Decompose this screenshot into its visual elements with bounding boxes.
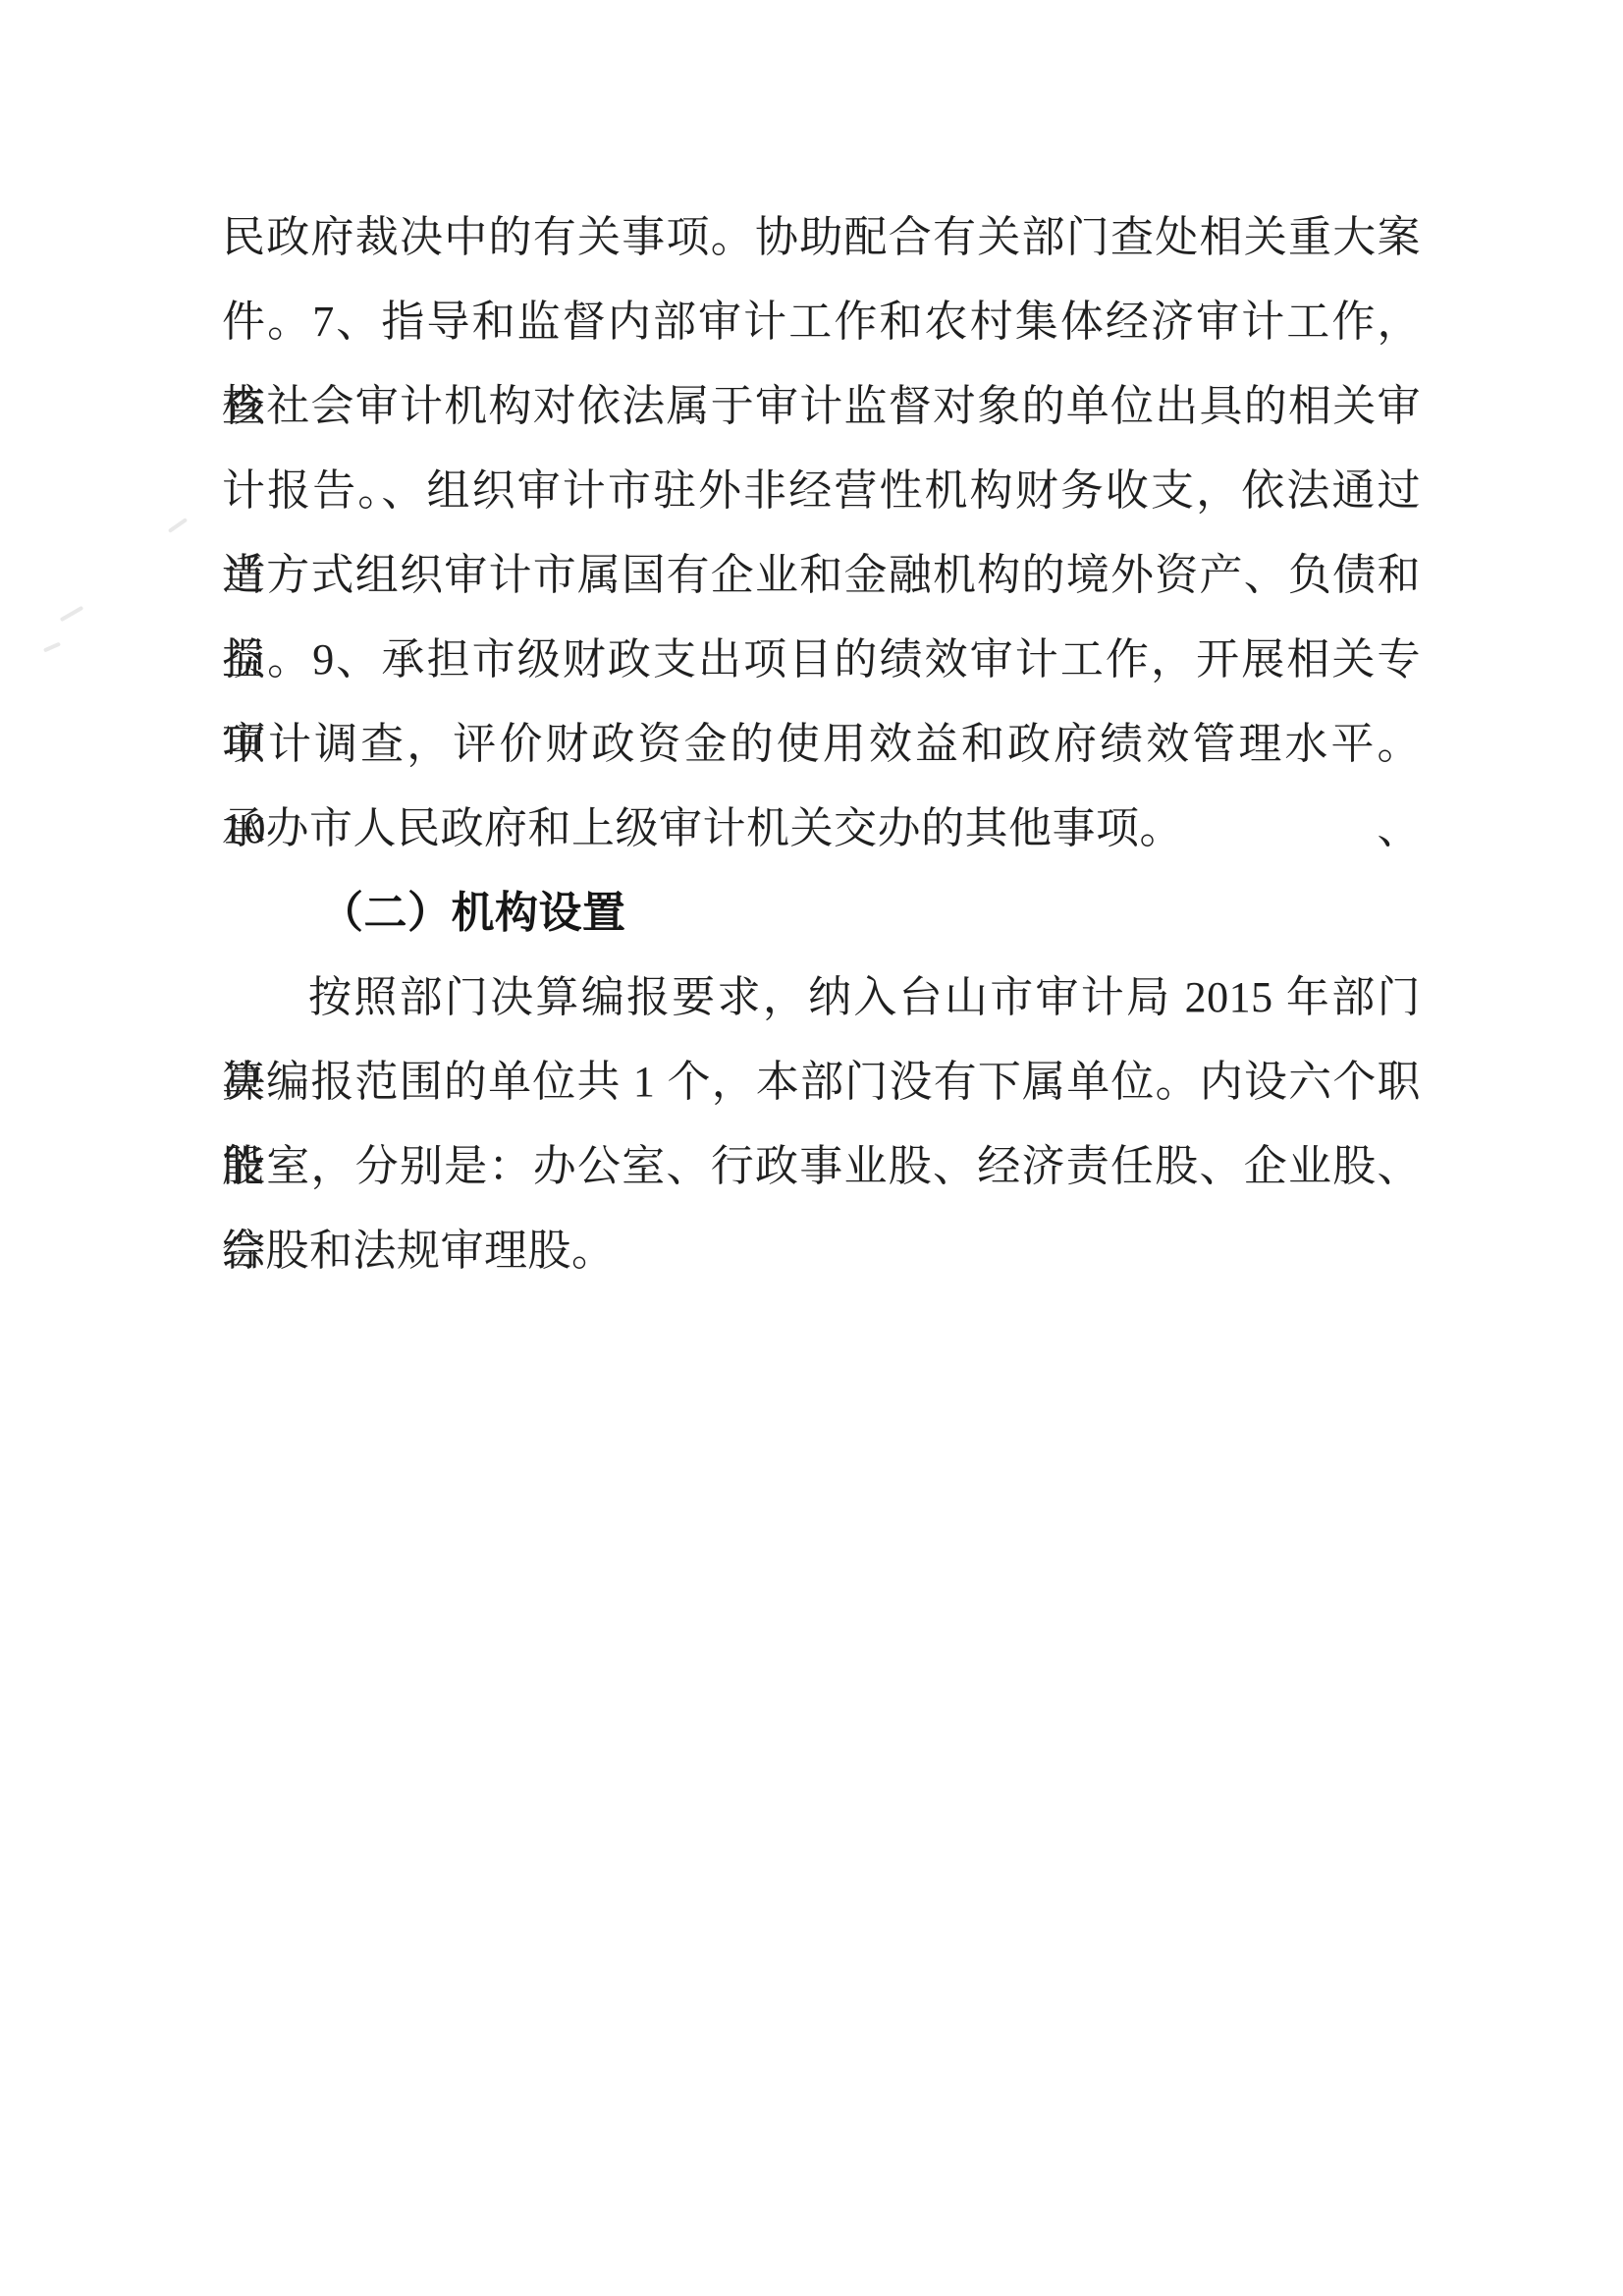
text-line: 计报告。、组织审计市驻外非经营性机构财务收支，依法通过适 [222, 449, 1421, 533]
section-heading: （二）机构设置 [222, 871, 1421, 956]
document-page: 民政府裁决中的有关事项。协助配合有关部门查处相关重大案 件。7、指导和监督内部审… [0, 0, 1623, 2296]
text-line: 算编报范围的单位共 1 个，本部门没有下属单位。内设六个职能 [222, 1040, 1421, 1124]
text-line: 合股和法规审理股。 [222, 1209, 1421, 1293]
scan-smudge [168, 518, 188, 533]
text-line: 益。9、承担市级财政支出项目的绩效审计工作，开展相关专项 [222, 618, 1421, 702]
text-line: 民政府裁决中的有关事项。协助配合有关部门查处相关重大案 [222, 195, 1421, 280]
text-line: 按照部门决算编报要求，纳入台山市审计局 2015 年部门决 [222, 956, 1421, 1040]
text-line: 当方式组织审计市属国有企业和金融机构的境外资产、负债和损 [222, 533, 1421, 618]
text-line: 查社会审计机构对依法属于审计监督对象的单位出具的相关审 [222, 364, 1421, 449]
text-line: 股室，分别是：办公室、行政事业股、经济责任股、企业股、综 [222, 1124, 1421, 1209]
scan-smudge [43, 642, 61, 653]
document-body: 民政府裁决中的有关事项。协助配合有关部门查处相关重大案 件。7、指导和监督内部审… [222, 195, 1421, 1293]
text-line: 审计调查，评价财政资金的使用效益和政府绩效管理水平。10、 [222, 702, 1421, 787]
scan-smudge [60, 606, 84, 622]
text-line: 件。7、指导和监督内部审计工作和农村集体经济审计工作，核 [222, 280, 1421, 364]
